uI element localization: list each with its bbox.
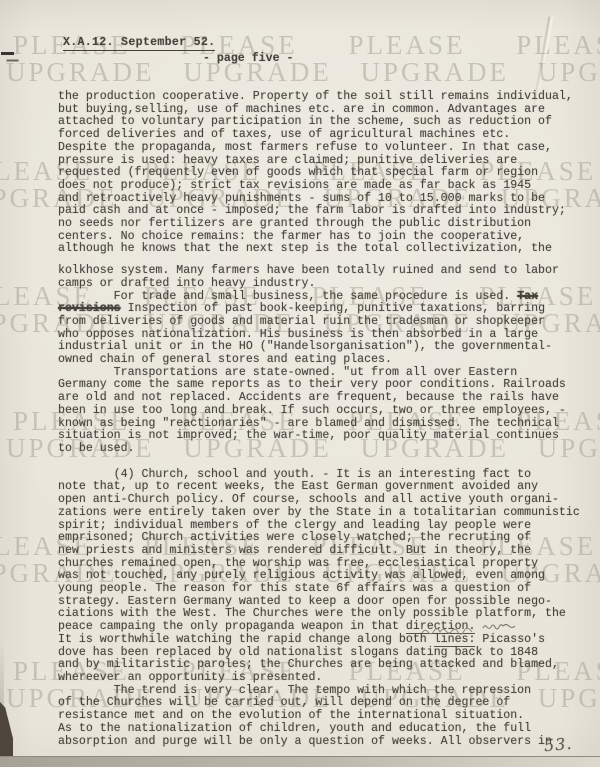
text-line: emprisoned; Church activities were close… xyxy=(58,532,590,545)
document-reference: X.A.12. September 52. xyxy=(63,36,215,49)
document-reference-text: X.A.12. September 52. xyxy=(63,36,215,51)
text-line: whereever an opportunity is presented. xyxy=(58,672,590,685)
document-content: X.A.12. September 52. - page five - the … xyxy=(0,0,600,767)
scanner-bed-edge xyxy=(0,756,600,767)
text-line: new priests and ministers was rendered d… xyxy=(58,545,590,558)
text-line: absorption and purge will be only a ques… xyxy=(58,736,590,749)
text-line: although he knows that the next step is … xyxy=(58,243,590,256)
pencil-squiggle-annotation xyxy=(482,620,516,633)
text-line: forced deliveries and of taxes, use of a… xyxy=(58,129,590,142)
text-line: situation is not improved; the war-time,… xyxy=(58,430,590,443)
page-label: - page five - xyxy=(203,52,293,65)
paragraph-church-school-youth: (4) Church, school and youth. - It is an… xyxy=(58,469,590,749)
paragraph-trade-transport: kolkhose system. Many farmers have been … xyxy=(58,265,590,456)
text-line: resistance met and on the evolution of t… xyxy=(58,710,590,723)
text-line: does not produce); strict tax revisions … xyxy=(58,180,590,193)
text-line: young people. The reason for this state … xyxy=(58,583,590,596)
text-line: Despite the propaganda, most farmers ref… xyxy=(58,142,590,155)
text-line: open anti-Church policy. Of course, scho… xyxy=(58,494,590,507)
paragraph-collectivization: the production cooperative. Property of … xyxy=(58,91,590,256)
text-line: the production cooperative. Property of … xyxy=(58,91,590,104)
ink-mark xyxy=(1,52,14,55)
handwritten-page-number: 53. xyxy=(543,734,573,755)
document-body: the production cooperative. Property of … xyxy=(58,91,590,748)
text-line: to be used. xyxy=(58,443,590,456)
text-line: zations were entirely taken over by the … xyxy=(58,507,590,520)
text-line: It is worthwhile watching the rapid chan… xyxy=(58,634,590,647)
text-line: owned chain of general stores and eating… xyxy=(58,354,590,367)
text-line: are old and not replaced. Accidents are … xyxy=(58,392,590,405)
text-line: peace campaing the only propaganda weapo… xyxy=(58,621,590,634)
text-line: been in use too long and break. If such … xyxy=(58,405,590,418)
text-line: from deliveries of goods and material ru… xyxy=(58,316,590,329)
scanned-typewritten-page: PLEASE PLEASE PLEASE PLEASE PLEASE UPGRA… xyxy=(0,0,600,767)
text-line: camps or drafted into heavy industry. xyxy=(58,278,590,291)
text-line: As to the nationalization of children, y… xyxy=(58,723,590,736)
text-line: kolkhose system. Many farmers have been … xyxy=(58,265,590,278)
text-line: no seeds nor fertilizers are granted thr… xyxy=(58,218,590,231)
